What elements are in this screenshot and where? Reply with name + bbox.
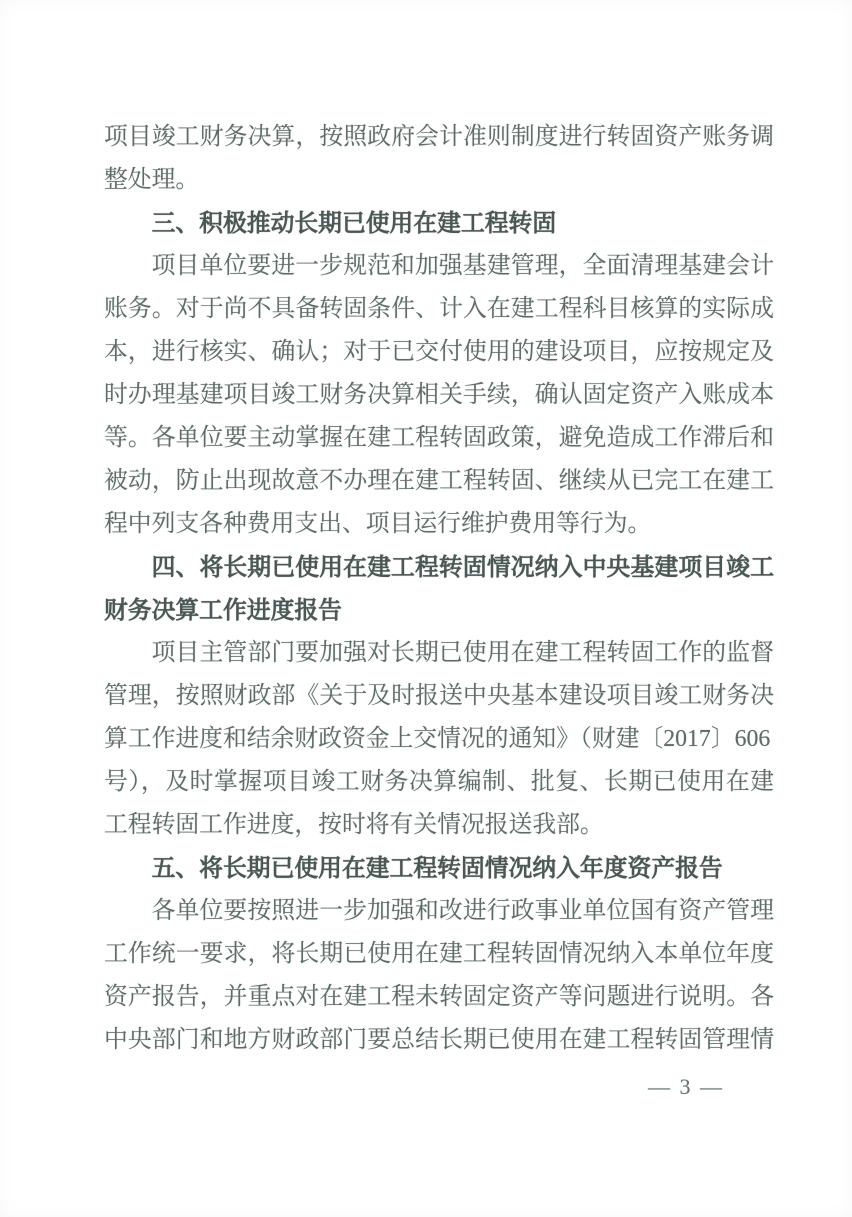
paragraph-line: 账务。对于尚不具备转固条件、计入在建工程科目核算的实际成 (104, 288, 774, 331)
paragraph-line: 被动，防止出现故意不办理在建工程转固、继续从已完工在建工 (104, 460, 774, 503)
paragraph-line: 项目单位要进一步规范和加强基建管理，全面清理基建会计 (104, 245, 774, 288)
paragraph-line: 时办理基建项目竣工财务决算相关手续，确认固定资产入账成本 (104, 374, 774, 417)
section-heading-4: 四、将长期已使用在建工程转固情况纳入中央基建项目竣工 (104, 546, 774, 589)
page-number: — 3 — (648, 1072, 724, 1102)
section-heading-5: 五、将长期已使用在建工程转固情况纳入年度资产报告 (104, 847, 774, 890)
paragraph-line: 项目竣工财务决算，按照政府会计准则制度进行转固资产账务调 (104, 116, 774, 159)
paragraph-line: 算工作进度和结余财政资金上交情况的通知》（财建〔2017〕606 (104, 718, 774, 761)
paragraph-line: 项目主管部门要加强对长期已使用在建工程转固工作的监督 (104, 632, 774, 675)
paragraph-line: 整处理。 (104, 159, 774, 202)
paragraph-line: 工作统一要求，将长期已使用在建工程转固情况纳入本单位年度 (104, 933, 774, 976)
section-heading-4-line2: 财务决算工作进度报告 (104, 589, 774, 632)
scanned-document-page: 项目竣工财务决算，按照政府会计准则制度进行转固资产账务调 整处理。 三、积极推动… (0, 0, 852, 1217)
paragraph-line: 本，进行核实、确认；对于已交付使用的建设项目，应按规定及 (104, 331, 774, 374)
section-heading-3: 三、积极推动长期已使用在建工程转固 (104, 202, 774, 245)
paragraph-line: 资产报告，并重点对在建工程未转固定资产等问题进行说明。各 (104, 976, 774, 1019)
paragraph-line: 管理，按照财政部《关于及时报送中央基本建设项目竣工财务决 (104, 675, 774, 718)
paragraph-line: 中央部门和地方财政部门要总结长期已使用在建工程转固管理情 (104, 1019, 774, 1062)
paragraph-line: 等。各单位要主动掌握在建工程转固政策，避免造成工作滞后和 (104, 417, 774, 460)
paragraph-line: 各单位要按照进一步加强和改进行政事业单位国有资产管理 (104, 890, 774, 933)
paragraph-line: 工程转固工作进度，按时将有关情况报送我部。 (104, 804, 774, 847)
paragraph-line: 程中列支各种费用支出、项目运行维护费用等行为。 (104, 503, 774, 546)
paragraph-line: 号），及时掌握项目竣工财务决算编制、批复、长期已使用在建 (104, 761, 774, 804)
document-body: 项目竣工财务决算，按照政府会计准则制度进行转固资产账务调 整处理。 三、积极推动… (104, 116, 774, 1062)
